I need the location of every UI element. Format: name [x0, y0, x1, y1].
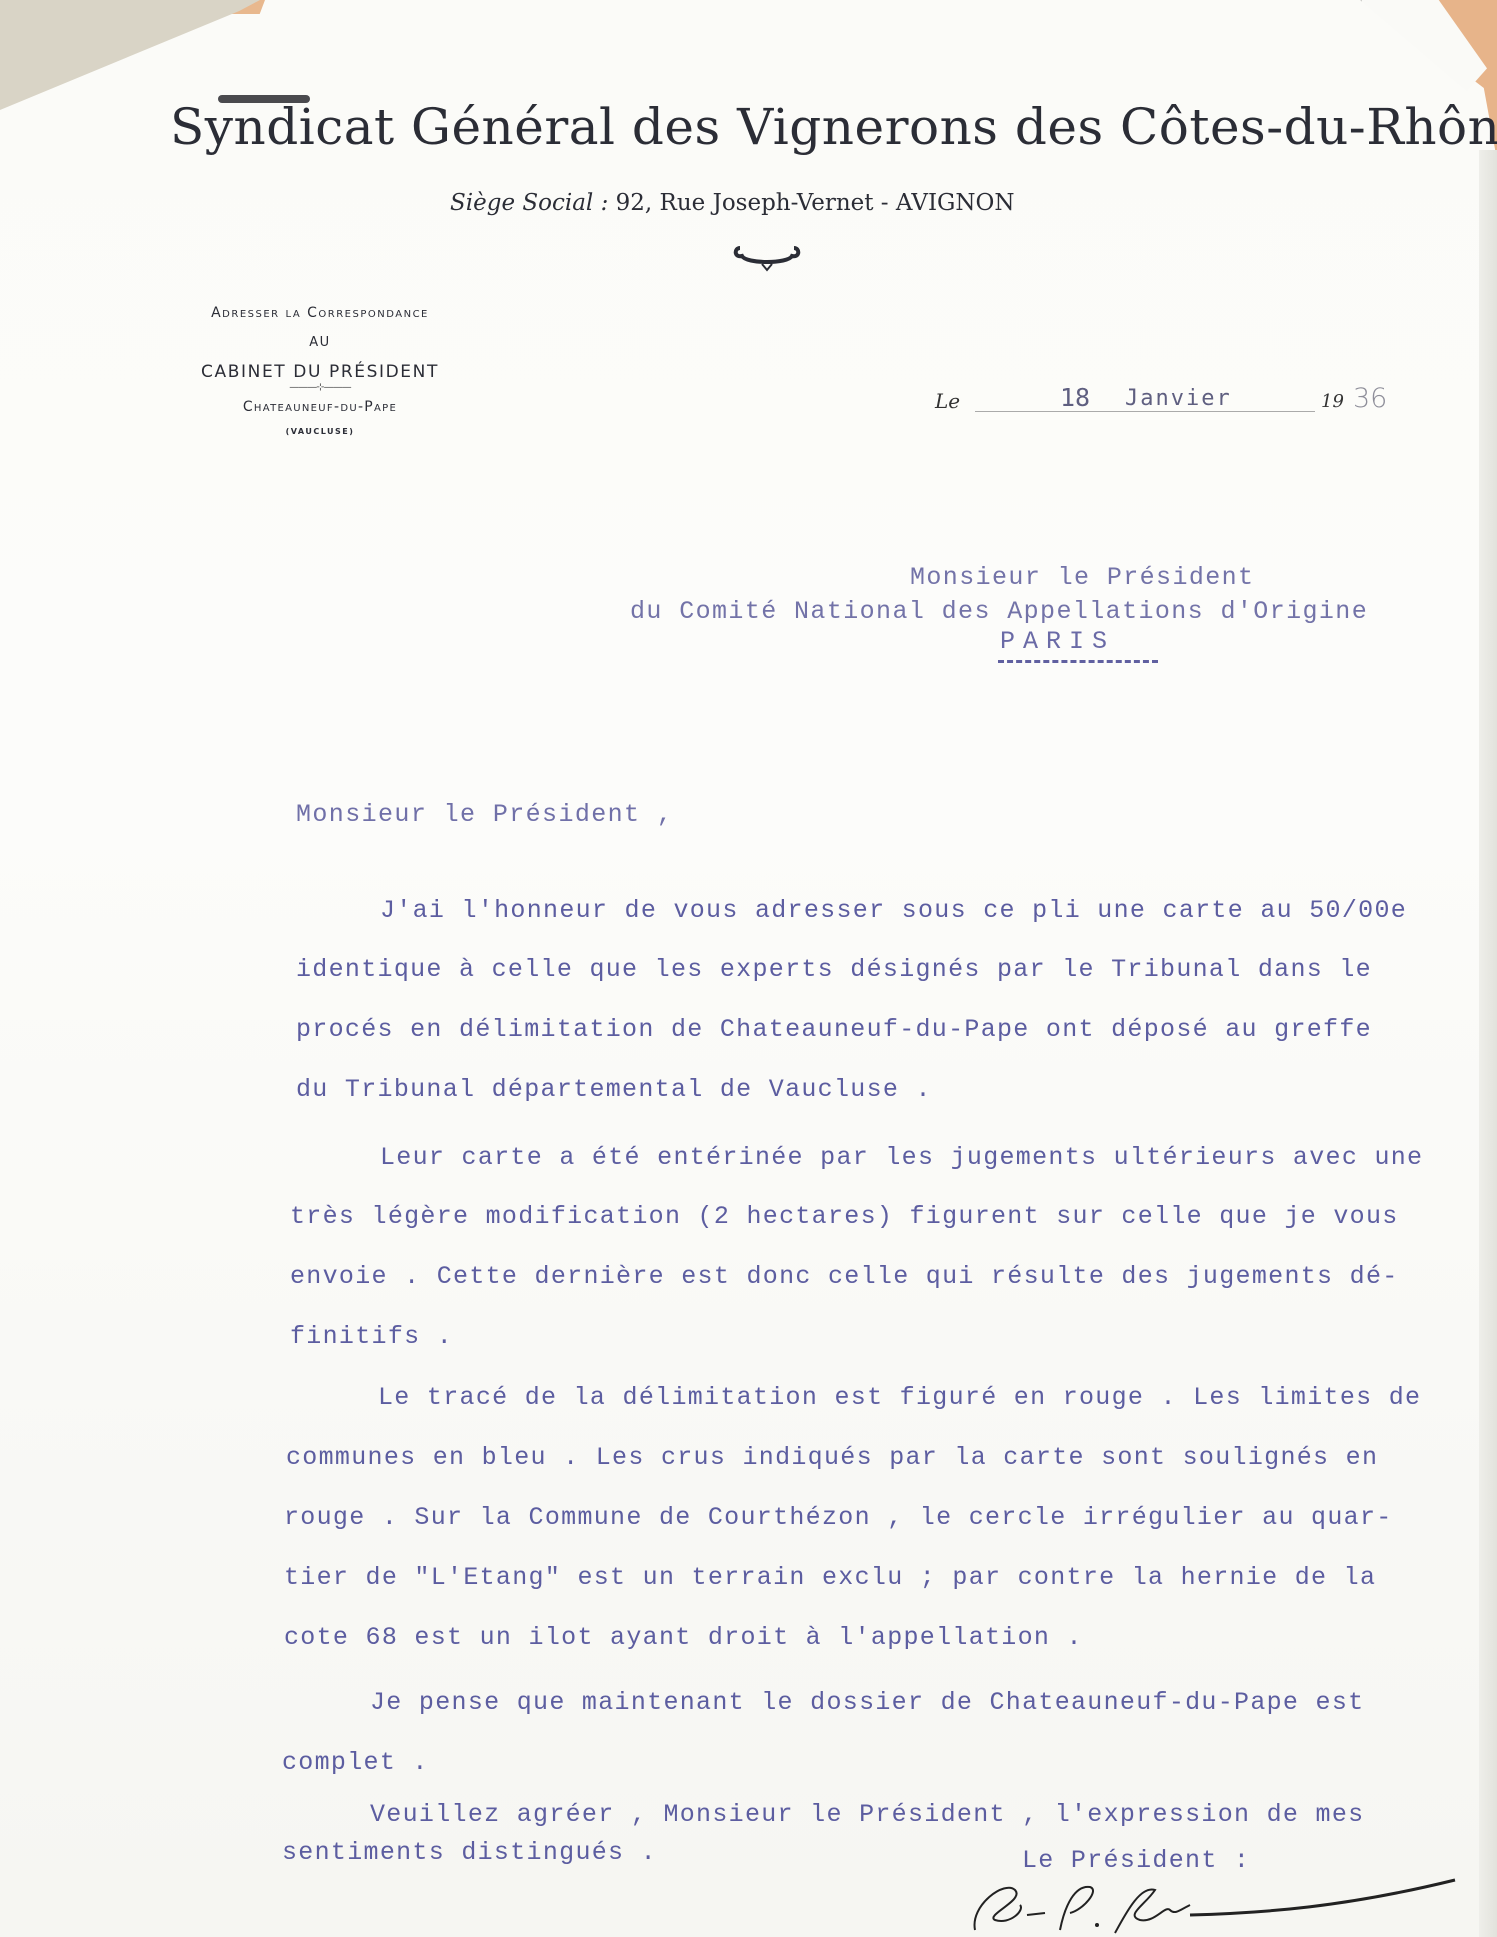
letterhead-title: Syndicat Général des Vignerons des Côtes… — [170, 98, 1370, 156]
date-day: 18 — [1060, 383, 1090, 412]
correspondence-line-4: Chateauneuf-du-Pape — [150, 399, 490, 415]
address-text: 92, Rue Joseph-Vernet - AVIGNON — [616, 190, 1015, 216]
body-line: J'ai l'honneur de vous adresser sous ce … — [380, 896, 1407, 925]
body-line: Leur carte a été entérinée par les jugem… — [380, 1143, 1423, 1172]
body-line: procés en délimitation de Chateauneuf-du… — [296, 1015, 1372, 1044]
body-line: envoie . Cette dernière est donc celle q… — [290, 1262, 1399, 1291]
divider-ornament: ———⊹——— — [150, 382, 490, 393]
closing-title: Le Président : — [1022, 1846, 1250, 1875]
body-line: finitifs . — [290, 1322, 453, 1351]
recipient-line-1: Monsieur le Président — [910, 563, 1254, 592]
recipient-city-underline — [998, 660, 1158, 663]
body-line: Veuillez agréer , Monsieur le Président … — [370, 1800, 1364, 1829]
letterhead-address: Siège Social : 92, Rue Joseph-Vernet - A… — [450, 190, 1150, 216]
correspondence-block: Adresser la Correspondance AU CABINET DU… — [150, 305, 490, 436]
body-line: communes en bleu . Les crus indiqués par… — [286, 1443, 1378, 1472]
correspondence-line-3: CABINET DU PRÉSIDENT — [150, 362, 490, 382]
recipient-city: PARIS — [1000, 627, 1115, 656]
correspondence-line-1: Adresser la Correspondance — [150, 305, 490, 321]
date-month: Janvier — [1125, 386, 1232, 411]
body-line: du Tribunal départemental de Vaucluse . — [296, 1075, 932, 1104]
correspondence-line-5: (VAUCLUSE) — [150, 427, 490, 436]
body-line: tier de "L'Etang" est un terrain exclu ;… — [284, 1563, 1376, 1592]
correspondence-line-2: AU — [150, 335, 490, 350]
page-edge-shadow — [1479, 150, 1497, 1937]
recipient-line-2: du Comité National des Appellations d'Or… — [630, 597, 1368, 626]
body-line: rouge . Sur la Commune de Courthézon , l… — [284, 1503, 1393, 1532]
date-year: 36 — [1353, 383, 1387, 414]
date-line: Le 18 Janvier 19 36 — [935, 383, 1435, 423]
address-label: Siège Social : — [450, 190, 608, 216]
body-line: cote 68 est un ilot ayant droit à l'appe… — [284, 1623, 1083, 1652]
handwritten-signature — [965, 1875, 1465, 1937]
ornament-icon — [732, 240, 802, 272]
body-line: très légère modification (2 hectares) fi… — [290, 1202, 1399, 1231]
salutation: Monsieur le Président , — [296, 800, 673, 829]
body-line: sentiments distingués . — [282, 1838, 657, 1867]
date-century: 19 — [1321, 391, 1344, 412]
date-rule — [975, 411, 1315, 412]
body-line: complet . — [282, 1748, 429, 1777]
body-line: identique à celle que les experts désign… — [296, 955, 1372, 984]
body-line: Le tracé de la délimitation est figuré e… — [378, 1383, 1421, 1412]
body-line: Je pense que maintenant le dossier de Ch… — [370, 1688, 1364, 1717]
date-prefix: Le — [935, 389, 960, 413]
